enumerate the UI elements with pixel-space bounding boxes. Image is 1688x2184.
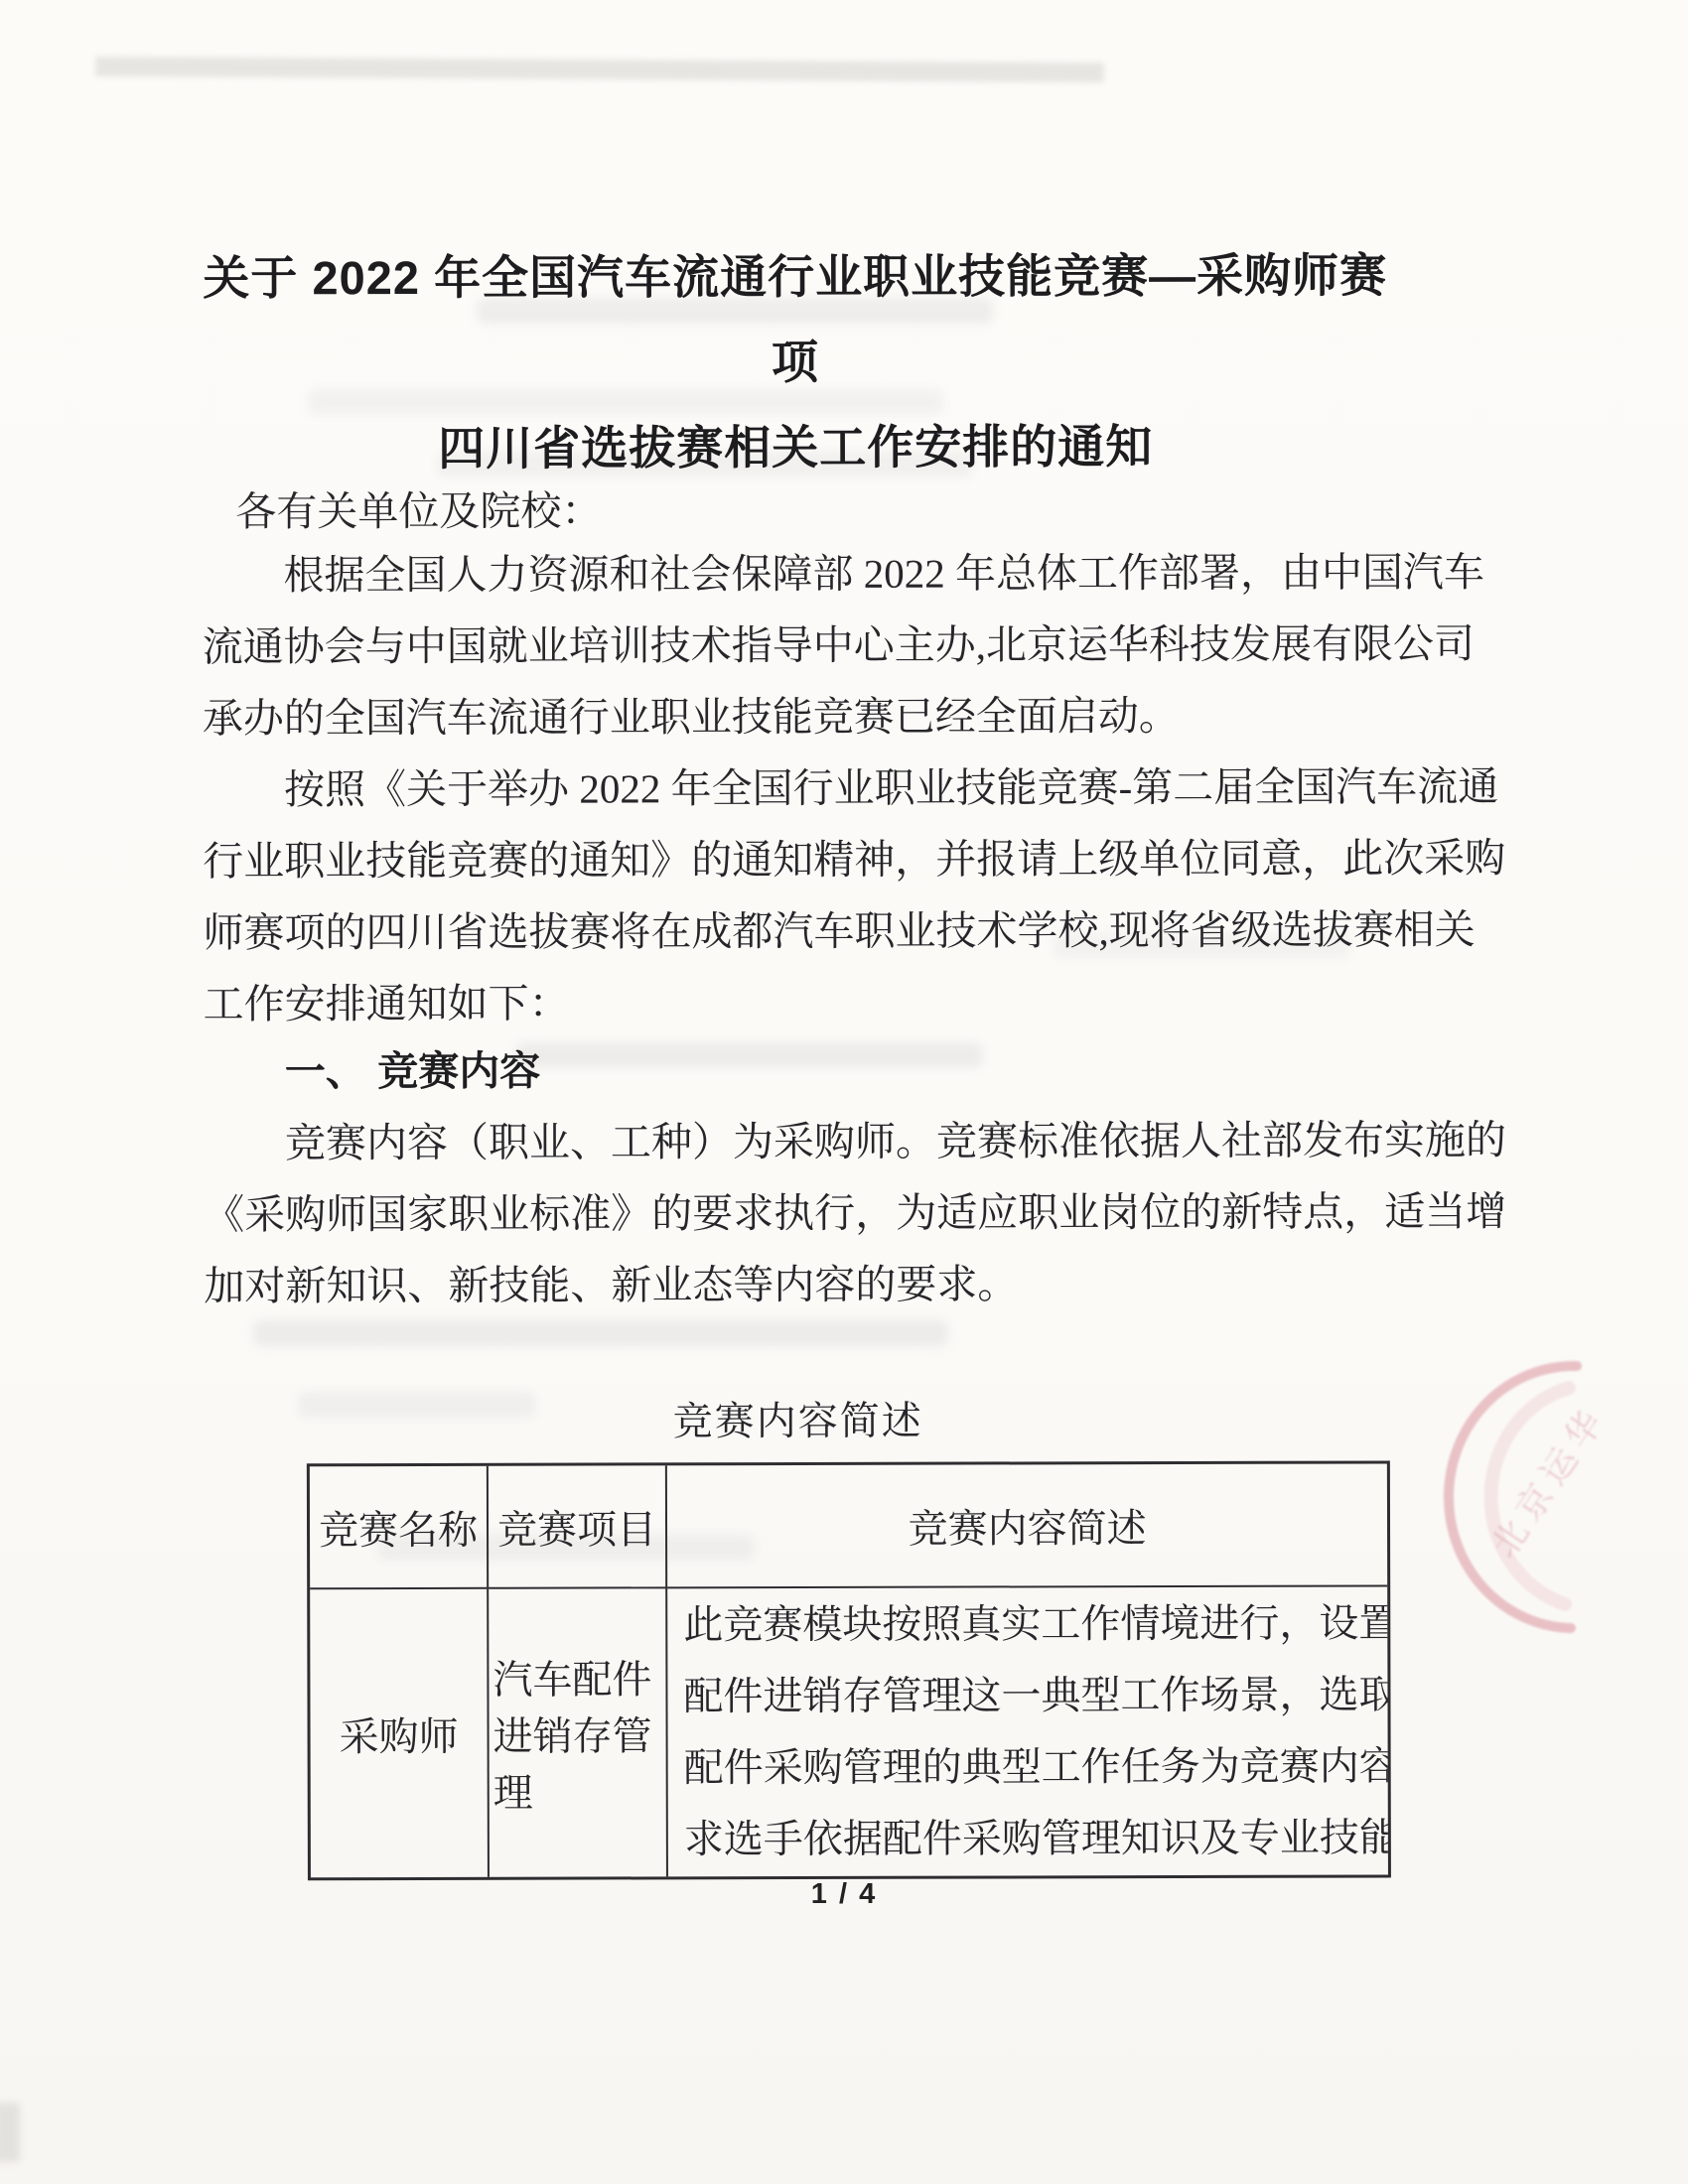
- text-line: 《采购师国家职业标准》的要求执行，为适应职业岗位的新特点，适当增: [204, 1175, 1391, 1250]
- table-header-competition-name: 竞赛名称: [310, 1466, 489, 1589]
- table-caption: 竞赛内容简述: [205, 1384, 1392, 1458]
- page-number: 1 / 4: [0, 1878, 1688, 1911]
- text-line: 按照《关于举办 2022 年全国行业职业技能竞赛-第二届全国汽车流通: [203, 751, 1390, 825]
- seal-arc-inner: [1491, 1388, 1569, 1604]
- text-line: 配件采购管理的典型工作任务为竞赛内容。要: [684, 1730, 1372, 1804]
- scan-edge-shadow: [95, 57, 1104, 82]
- text-line: 配件进销存管理这一典型工作场景，选取汽车: [683, 1659, 1371, 1732]
- paragraph-launch-background: 根据全国人力资源和社会保障部 2022 年总体工作部署，由中国汽车流通协会与中国…: [202, 536, 1390, 753]
- document-title: 关于 2022 年全国汽车流通行业职业技能竞赛—采购师赛项四川省选拔赛相关工作安…: [202, 232, 1390, 491]
- scanned-document-page: 关于 2022 年全国汽车流通行业职业技能竞赛—采购师赛项四川省选拔赛相关工作安…: [0, 0, 1688, 2184]
- text-line: 工作安排通知如下：: [204, 965, 1391, 1039]
- table-cell-name: 采购师: [310, 1589, 490, 1877]
- paragraph-selection-arrangement: 按照《关于举办 2022 年全国行业职业技能竞赛-第二届全国汽车流通行业职业技能…: [203, 751, 1391, 1039]
- text-line: 承办的全国汽车流通行业职业技能竞赛已经全面启动。: [203, 679, 1390, 753]
- text-line: 流通协会与中国就业培训技术指导中心主办,北京运华科技发展有限公司: [203, 608, 1390, 682]
- text-line: 竞赛内容（职业、工种）为采购师。竞赛标准依据人社部发布实施的: [204, 1104, 1391, 1178]
- table-cell-description: 此竞赛模块按照真实工作情境进行，设置汽车配件进销存管理这一典型工作场景，选取汽车…: [667, 1586, 1388, 1876]
- scan-corner-smudge: [0, 2103, 20, 2162]
- paragraph-competition-standard: 竞赛内容（职业、工种）为采购师。竞赛标准依据人社部发布实施的《采购师国家职业标准…: [204, 1104, 1392, 1321]
- text-line: 师赛项的四川省选拔赛将在成都汽车职业技术学校,现将省级选拔赛相关: [203, 893, 1390, 968]
- project-text: 汽车配件进销存管理: [492, 1648, 661, 1818]
- table-cell-project: 汽车配件进销存管理: [489, 1588, 668, 1876]
- official-red-seal: 北京运华: [1420, 1354, 1680, 1644]
- text-line: 行业职业技能竞赛的通知》的通知精神，并报请上级单位同意，此次采购: [203, 822, 1390, 896]
- section-heading-competition-content: 一、 竞赛内容: [204, 1032, 1391, 1107]
- seal-text: 北京运华: [1484, 1398, 1616, 1565]
- text-line: 此竞赛模块按照真实工作情境进行，设置汽车: [683, 1587, 1371, 1661]
- text-line: 根据全国人力资源和社会保障部 2022 年总体工作部署，由中国汽车: [202, 536, 1389, 611]
- table-header-competition-item: 竞赛项目: [489, 1465, 667, 1588]
- competition-content-table: 竞赛名称 竞赛项目 竞赛内容简述 采购师 汽车配件进销存管理 此竞赛模块按照真实…: [307, 1460, 1391, 1880]
- notice-document: 关于 2022 年全国汽车流通行业职业技能竞赛—采购师赛项四川省选拔赛相关工作安…: [201, 0, 1388, 2]
- seal-arc: [1449, 1366, 1577, 1628]
- bleed-through-mark: [253, 1320, 948, 1346]
- text-line: 求选手依据配件采购管理知识及专业技能完成: [684, 1802, 1372, 1875]
- text-line: 加对新知识、新技能、新业态等内容的要求。: [204, 1247, 1391, 1321]
- text-line: 关于 2022 年全国汽车流通行业职业技能竞赛—采购师赛项: [202, 232, 1389, 406]
- table-header-content-summary: 竞赛内容简述: [667, 1463, 1387, 1588]
